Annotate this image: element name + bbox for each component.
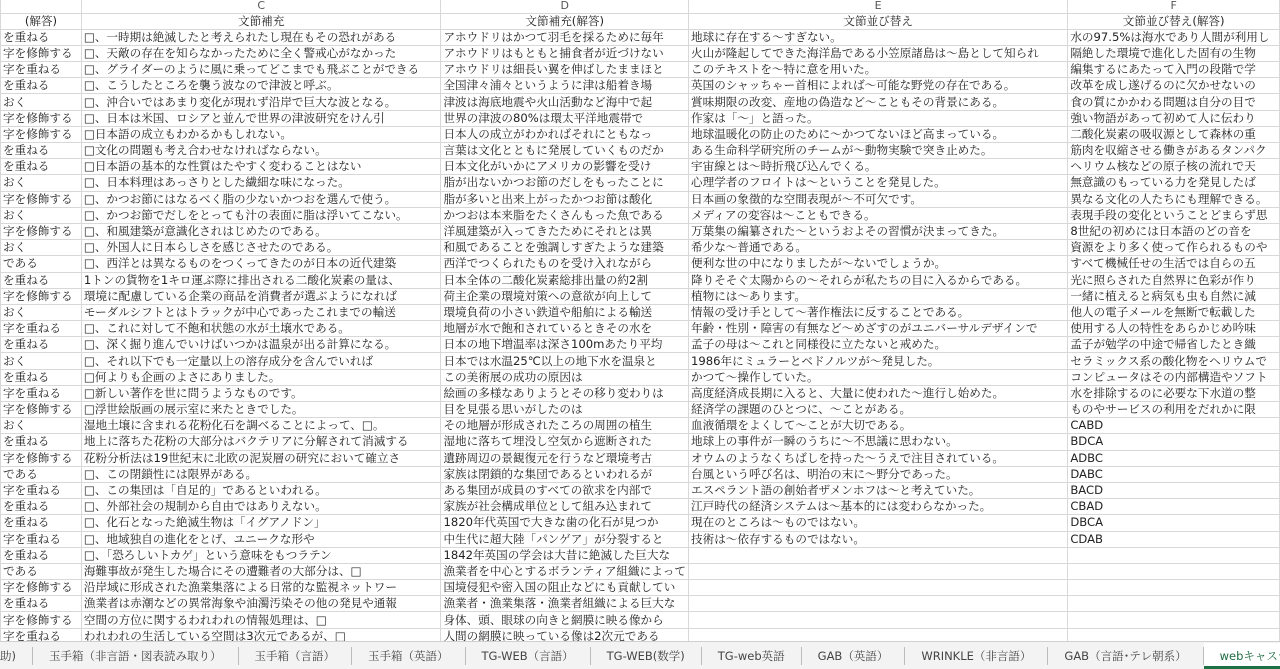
cell-d[interactable]: アホウドリはかつて羽毛を採るために毎年 (441, 29, 689, 45)
cell-e[interactable]: 台風という呼び名は、明治の末に〜野分であった。 (689, 466, 1068, 482)
cell-e[interactable] (689, 612, 1068, 628)
cell-f[interactable]: 改革を成し遂げるのに欠かせないの (1068, 78, 1280, 94)
cell-e[interactable]: 技術は〜依存するものではない。 (689, 531, 1068, 547)
cell-c[interactable]: □、日本料理はあっさりとした繊細な味になった。 (81, 175, 441, 191)
cell-e[interactable] (689, 580, 1068, 596)
header-cell-phrase-sort-answer[interactable]: 文節並び替え(解答) (1068, 13, 1280, 29)
cell-f[interactable]: 強い物語があって初めて人に伝わり (1068, 110, 1280, 126)
cell-d[interactable]: 漁業者・漁業集落・漁業者組織による巨大な (441, 596, 689, 612)
table-row: 字を重ねる□、これに対して不飽和状態の水が土壌水である。地層が水で飽和されている… (1, 321, 1280, 337)
cell-f[interactable]: 水を排除するのに必要な下水道の整 (1068, 385, 1280, 401)
column-header-b[interactable] (1, 0, 82, 13)
cell-d[interactable]: 国境侵犯や密入国の阻止などにも貢献してい (441, 580, 689, 596)
cell-b[interactable]: 字を修飾する (1, 580, 82, 596)
cell-c[interactable]: □何よりも企画のよさにありました。 (81, 369, 441, 385)
cell-d[interactable]: 和風であることを強調しすぎたような建築 (441, 240, 689, 256)
cell-f[interactable] (1068, 580, 1280, 596)
cell-c[interactable]: 漁業者は赤潮などの異常海象や油濁汚染その他の発見や通報 (81, 596, 441, 612)
cell-d[interactable]: 日本では水温25℃以上の地下水を温泉と (441, 353, 689, 369)
cell-b[interactable]: を重ねる (1, 29, 82, 45)
header-cell-phrase-sort[interactable]: 文節並び替え (689, 13, 1068, 29)
table-row: おく□、外国人に日本らしさを感じさせたのである。和風であることを強調しすぎたよう… (1, 240, 1280, 256)
table-row: を重ねる□、一時期は絶滅したと考えられたし現在もその恐れがあるアホウドリはかつて… (1, 29, 1280, 45)
cell-table[interactable]: C D E F (解答) 文節補充 文節補充(解答) 文節並び替え 文節並び替え… (0, 0, 1280, 641)
cell-e[interactable]: 1986年にミュラーとベドノルツが〜発見した。 (689, 353, 1068, 369)
cell-b[interactable]: 字を重ねる (1, 62, 82, 78)
table-row: を重ねる□、深く掘り進んでいけばいつかは温泉が出る計算になる。日本の地下増温率は… (1, 337, 1280, 353)
cell-c[interactable]: 花粉分析法は19世紀末に北欧の泥炭層の研究において確立さ (81, 450, 441, 466)
cell-e[interactable]: エスペラント語の創始者ザメンホフは〜と考えていた。 (689, 482, 1068, 498)
sheet-tab-bar: 助)玉手箱（非言語・図表読み取り）玉手箱（言語）玉手箱（英語）TG-WEB（言語… (0, 641, 1280, 669)
sheet-tab[interactable]: TG-WEB(数学) (591, 647, 702, 665)
cell-b[interactable]: 字を修飾する (1, 288, 82, 304)
cell-e[interactable]: 孟子の母は〜これと同様役に立たないと戒めた。 (689, 337, 1068, 353)
cell-b[interactable]: を重ねる (1, 143, 82, 159)
cell-c[interactable]: 湿地土壌に含まれる花粉化石を調べることによって、□。 (81, 418, 441, 434)
cell-d[interactable]: 遺跡周辺の景観復元を行うなど環境考古 (441, 450, 689, 466)
column-header-d[interactable]: D (441, 0, 689, 13)
cell-d[interactable]: 絵画の多様なありようとその移り変わりは (441, 385, 689, 401)
header-cell-answer[interactable]: (解答) (1, 13, 82, 29)
cell-f[interactable] (1068, 563, 1280, 579)
cell-f[interactable]: ADBC (1068, 450, 1280, 466)
spreadsheet-grid[interactable]: C D E F (解答) 文節補充 文節補充(解答) 文節並び替え 文節並び替え… (0, 0, 1280, 641)
cell-b[interactable]: おく (1, 207, 82, 223)
table-row: 字を重ねる□、地域独自の進化をとげ、ユニークな形や中生代に超大陸「パンゲア」が分… (1, 531, 1280, 547)
table-row: を重ねる1トンの貨物を1キロ運ぶ際に排出される二酸化炭素の量は、日本全体の二酸化… (1, 272, 1280, 288)
cell-c[interactable]: □、それ以下でも一定量以上の溶存成分を含んでいれば (81, 353, 441, 369)
table-row: を重ねる地上に落ちた花粉の大部分はバクテリアに分解されて消滅する湿地に落ちて埋没… (1, 434, 1280, 450)
sheet-tab[interactable]: 玉手箱（英語） (352, 647, 466, 665)
cell-f[interactable] (1068, 596, 1280, 612)
cell-d[interactable]: 湿地に落ちて埋没し空気から遮断された (441, 434, 689, 450)
cell-e[interactable] (689, 596, 1068, 612)
cell-f[interactable] (1068, 612, 1280, 628)
cell-b[interactable]: を重ねる (1, 78, 82, 94)
cell-f[interactable]: 他人の電子メールを無断で転載した (1068, 304, 1280, 320)
cell-e[interactable]: 希少な〜普通である。 (689, 240, 1068, 256)
cell-c[interactable]: □、日本は米国、ロシアと並んで世界の津波研究をけん引 (81, 110, 441, 126)
cell-d[interactable]: アホウドリはもともと捕食者が近づけない (441, 45, 689, 61)
cell-f[interactable]: 食の質にかかわる問題は自分の目で (1068, 94, 1280, 110)
table-row: おく□、日本料理はあっさりとした繊細な味になった。脂が出ないかつお節のだしをもっ… (1, 175, 1280, 191)
cell-b[interactable]: 字を重ねる (1, 385, 82, 401)
cell-b[interactable]: 字を重ねる (1, 628, 82, 641)
table-row: 字を重ねる□、この集団は「自足的」であるといわれる。ある集団が成員のすべての欲求… (1, 482, 1280, 498)
cell-d[interactable]: 1842年英国の学会は大昔に絶滅した巨大な (441, 547, 689, 563)
cell-f[interactable]: 使用する人の特性をあらかじめ吟味 (1068, 321, 1280, 337)
table-row: 字を修飾する□、かつお節にはなるべく脂の少ないかつおを選んで使う。脂が多いと出来… (1, 191, 1280, 207)
cell-f[interactable]: 隔絶した環境で進化した固有の生物 (1068, 45, 1280, 61)
cell-c[interactable]: □、沖合いではあまり変化が現れず沿岸で巨大な波となる。 (81, 94, 441, 110)
table-row: おく湿地土壌に含まれる花粉化石を調べることによって、□。その地層が形成されたころ… (1, 418, 1280, 434)
cell-f[interactable]: BDCA (1068, 434, 1280, 450)
cell-b[interactable]: おく (1, 240, 82, 256)
cell-b[interactable]: 字を重ねる (1, 482, 82, 498)
cell-c[interactable]: □、この閉鎖性には限界がある。 (81, 466, 441, 482)
table-row: 字を修飾する□、和風建築が意識化されはじめたのである。洋風建築が入ってきたために… (1, 223, 1280, 239)
cell-b[interactable]: を重ねる (1, 515, 82, 531)
cell-c[interactable]: □、こうしたところを襲う波なので津波と呼ぶ。 (81, 78, 441, 94)
sheet-tab[interactable]: 玉手箱（言語） (239, 647, 353, 665)
cell-d[interactable]: 日本の地下増温率は深さ100mあたり平均 (441, 337, 689, 353)
cell-e[interactable]: 江戸時代の経済システムは〜基本的には変わらなかった。 (689, 499, 1068, 515)
cell-c[interactable]: □、地域独自の進化をとげ、ユニークな形や (81, 531, 441, 547)
cell-b[interactable]: である (1, 466, 82, 482)
cell-f[interactable]: 筋肉を収縮させる働きがあるタンパク (1068, 143, 1280, 159)
cell-c[interactable]: 1トンの貨物を1キロ運ぶ際に排出される二酸化炭素の量は、 (81, 272, 441, 288)
table-row: を重ねる□何よりも企画のよさにありました。この美術展の成功の原因はかつて〜操作し… (1, 369, 1280, 385)
cell-f[interactable]: 表現手段の変化ということどまらず思 (1068, 207, 1280, 223)
table-row: 字を重ねる□新しい著作を世に問うようなものです。絵画の多様なありようとその移り変… (1, 385, 1280, 401)
cell-d[interactable]: 脂が多いと出来上がったかつお節は酸化 (441, 191, 689, 207)
cell-f[interactable]: 光に照らされた自然界に色彩が作り (1068, 272, 1280, 288)
cell-e[interactable]: 地球上の事件が一瞬のうちに〜不思議に思わない。 (689, 434, 1068, 450)
cell-f[interactable]: ヘリウム核などの原子核の流れで天 (1068, 159, 1280, 175)
header-cell-phrase-fill[interactable]: 文節補充 (81, 13, 441, 29)
cell-b[interactable]: 字を修飾する (1, 110, 82, 126)
cell-f[interactable]: 資源をより多く使って作られるものや (1068, 240, 1280, 256)
table-row: を重ねる漁業者は赤潮などの異常海象や油濁汚染その他の発見や通報漁業者・漁業集落・… (1, 596, 1280, 612)
cell-e[interactable] (689, 628, 1068, 641)
cell-c[interactable]: □文化の問題も考え合わせなければならない。 (81, 143, 441, 159)
table-row: 字を修飾する花粉分析法は19世紀末に北欧の泥炭層の研究において確立さ遺跡周辺の景… (1, 450, 1280, 466)
cell-f[interactable]: DABC (1068, 466, 1280, 482)
column-header-c[interactable]: C (81, 0, 441, 13)
cell-d[interactable]: 目を見張る思いがしたのは (441, 402, 689, 418)
cell-e[interactable]: 高度経済成長期に入ると、大量に使われた〜進行し始めた。 (689, 385, 1068, 401)
cell-b[interactable]: を重ねる (1, 337, 82, 353)
sheet-tab[interactable]: TG-WEB（言語） (466, 647, 591, 665)
cell-b[interactable]: を重ねる (1, 596, 82, 612)
cell-e[interactable]: 日本画の象徴的な空間表現が〜不可欠です。 (689, 191, 1068, 207)
column-header-f[interactable]: F (1068, 0, 1280, 13)
cell-f[interactable] (1068, 628, 1280, 641)
cell-f[interactable]: CABD (1068, 418, 1280, 434)
cell-f[interactable]: 水の97.5%は海水であり人間が利用し (1068, 29, 1280, 45)
cell-b[interactable]: おく (1, 418, 82, 434)
cell-b[interactable]: を重ねる (1, 272, 82, 288)
cell-b[interactable]: を重ねる (1, 369, 82, 385)
cell-f[interactable]: 8世紀の初めには日本語のどの音を (1068, 223, 1280, 239)
cell-e[interactable]: メディアの変容は〜こともできる。 (689, 207, 1068, 223)
cell-c[interactable]: □、グライダーのように風に乗ってどこまでも飛ぶことができる (81, 62, 441, 78)
cell-c[interactable]: □、一時期は絶滅したと考えられたし現在もその恐れがある (81, 29, 441, 45)
cell-f[interactable]: 一緒に植えると病気も虫も自然に減 (1068, 288, 1280, 304)
cell-c[interactable]: 空間の方位に関するわれわれの情報処理は、□ (81, 612, 441, 628)
column-header-row: C D E F (1, 0, 1280, 13)
cell-e[interactable]: 便利な世の中になりましたが〜ないでしょうか。 (689, 256, 1068, 272)
cell-d[interactable]: 全国津々浦々というように津は船着き場 (441, 78, 689, 94)
table-row: 字を修飾する□浮世絵版画の展示室に来たときでした。目を見張る思いがしたのは経済学… (1, 402, 1280, 418)
cell-c[interactable]: □、深く掘り進んでいけばいつかは温泉が出る計算になる。 (81, 337, 441, 353)
cell-c[interactable]: □、外国人に日本らしさを感じさせたのである。 (81, 240, 441, 256)
cell-b[interactable]: 字を修飾する (1, 45, 82, 61)
table-row: を重ねる□、化石となった絶滅生物は「イグアノドン」1820年代英国で大きな歯の化… (1, 515, 1280, 531)
cell-d[interactable]: 世界の津波の80%は環太平洋地震帯で (441, 110, 689, 126)
cell-f[interactable] (1068, 547, 1280, 563)
cell-d[interactable]: 家族は閉鎖的な集団であるといわれるが (441, 466, 689, 482)
cell-d[interactable]: かつおは本来脂をたくさんもった魚である (441, 207, 689, 223)
cell-d[interactable]: 洋風建築が入ってきたためにそれとは異 (441, 223, 689, 239)
cell-f[interactable]: DBCA (1068, 515, 1280, 531)
cell-b[interactable]: 字を修飾する (1, 126, 82, 142)
cell-b[interactable]: 字を修飾する (1, 191, 82, 207)
cell-d[interactable]: 脂が出ないかつお節のだしをもったことに (441, 175, 689, 191)
cell-c[interactable]: □日本語の基本的な性質はたやすく変わることはない (81, 159, 441, 175)
sheet-tab[interactable]: 助) (0, 647, 33, 665)
cell-d[interactable]: 漁業者を中心とするボランティア組織によって (441, 563, 689, 579)
table-row: である□、この閉鎖性には限界がある。家族は閉鎖的な集団であるといわれるが台風とい… (1, 466, 1280, 482)
cell-e[interactable]: ある生命科学研究所のチームが〜動物実験で突き止めた。 (689, 143, 1068, 159)
table-row: を重ねる□、外部社会の規制から自由ではありえない。家族が社会構成単位として組み込… (1, 499, 1280, 515)
cell-b[interactable]: 字を重ねる (1, 321, 82, 337)
cell-f[interactable]: 編集するにあたって入門の段階で学 (1068, 62, 1280, 78)
cell-d[interactable]: この美術展の成功の原因は (441, 369, 689, 385)
cell-f[interactable]: 異なる文化の人たちにも理解できる。 (1068, 191, 1280, 207)
cell-d[interactable]: 日本人の成立がわかればそれにともなっ (441, 126, 689, 142)
cell-b[interactable]: 字を修飾する (1, 402, 82, 418)
cell-c[interactable]: □、外部社会の規制から自由ではありえない。 (81, 499, 441, 515)
table-row: 字を修飾する□、天敵の存在を知らなかったために全く警戒心がなかったアホウドリはも… (1, 45, 1280, 61)
sheet-tab[interactable]: WRINKLE（非言語） (905, 647, 1048, 665)
cell-c[interactable]: われわれの生活している空間は3次元であるが、□ (81, 628, 441, 641)
cell-f[interactable]: コンピュータはその内部構造やソフト (1068, 369, 1280, 385)
cell-b[interactable]: おく (1, 94, 82, 110)
sheet-tab-active[interactable]: webキャスティング（言 (1204, 643, 1280, 669)
cell-b[interactable]: を重ねる (1, 434, 82, 450)
cell-e[interactable]: 植物には〜あります。 (689, 288, 1068, 304)
sheet-tab[interactable]: TG-web英語 (702, 647, 802, 665)
cell-f[interactable]: セラミックス系の酸化物をヘリウムで (1068, 353, 1280, 369)
table-row: を重ねる□、「恐ろしいトカゲ」という意味をもつラテン1842年英国の学会は大昔に… (1, 547, 1280, 563)
cell-c[interactable]: □、かつお節にはなるべく脂の少ないかつおを選んで使う。 (81, 191, 441, 207)
cell-f[interactable]: CDAB (1068, 531, 1280, 547)
table-row: を重ねる□、こうしたところを襲う波なので津波と呼ぶ。全国津々浦々というように津は… (1, 78, 1280, 94)
cell-b[interactable]: 字を修飾する (1, 223, 82, 239)
cell-e[interactable]: 火山が隆起してできた海洋島である小笠原諸島は〜島として知られ (689, 45, 1068, 61)
cell-d[interactable]: 環境負荷の小さい鉄道や船舶による輸送 (441, 304, 689, 320)
cell-c[interactable]: 地上に落ちた花粉の大部分はバクテリアに分解されて消滅する (81, 434, 441, 450)
table-row: を重ねる□日本語の基本的な性質はたやすく変わることはない日本文化がいかにアメリカ… (1, 159, 1280, 175)
table-row: である□、西洋とは異なるものをつくってきたのが日本の近代建築西洋でつくられたもの… (1, 256, 1280, 272)
cell-e[interactable]: 地球に存在する〜すぎない。 (689, 29, 1068, 45)
cell-b[interactable]: を重ねる (1, 499, 82, 515)
table-row: を重ねる□文化の問題も考え合わせなければならない。言葉は文化とともに発展していく… (1, 143, 1280, 159)
header-cell-phrase-fill-answer[interactable]: 文節補充(解答) (441, 13, 689, 29)
cell-c[interactable]: 環境に配慮している企業の商品を消費者が選ぶようになれば (81, 288, 441, 304)
cell-d[interactable]: 言葉は文化とともに発展していくものだか (441, 143, 689, 159)
cell-e[interactable]: このテキストを〜特に意を用いた。 (689, 62, 1068, 78)
cell-b[interactable]: 字を修飾する (1, 612, 82, 628)
cell-d[interactable]: その地層が形成されたころの周囲の植生 (441, 418, 689, 434)
cell-d[interactable]: 1820年代英国で大きな歯の化石が見つか (441, 515, 689, 531)
cell-e[interactable]: 情報の受け手として〜著作権法に反することである。 (689, 304, 1068, 320)
cell-c[interactable]: □、これに対して不飽和状態の水が土壌水である。 (81, 321, 441, 337)
cell-b[interactable]: である (1, 563, 82, 579)
cell-f[interactable]: 孟子が勉学の中途で帰省したとき織 (1068, 337, 1280, 353)
cell-b[interactable]: を重ねる (1, 547, 82, 563)
cell-d[interactable]: 地層が水で飽和されているときその水を (441, 321, 689, 337)
cell-c[interactable]: モーダルシフトとはトラックが中心であったこれまでの輸送 (81, 304, 441, 320)
cell-e[interactable]: 年齢・性別・障害の有無など〜めざすのがユニバーサルデザインで (689, 321, 1068, 337)
cell-f[interactable]: 二酸化炭素の吸収源として森林の重 (1068, 126, 1280, 142)
cell-c[interactable]: □、化石となった絶滅生物は「イグアノドン」 (81, 515, 441, 531)
cell-f[interactable]: CBAD (1068, 499, 1280, 515)
cell-e[interactable]: 宇宙線とは〜時折飛び込んでくる。 (689, 159, 1068, 175)
cell-c[interactable]: 海難事故が発生した場合にその遭難者の大部分は、□ (81, 563, 441, 579)
cell-e[interactable]: 血液循環をよくして〜ことが大切である。 (689, 418, 1068, 434)
cell-f[interactable]: すべて機械任せの生活では自らの五 (1068, 256, 1280, 272)
cell-c[interactable]: □、この集団は「自足的」であるといわれる。 (81, 482, 441, 498)
cell-b[interactable]: である (1, 256, 82, 272)
cell-e[interactable]: 現在のところは〜ものではない。 (689, 515, 1068, 531)
sheet-tab[interactable]: GAB（言語･テレ朝系） (1048, 647, 1203, 665)
table-row: おく□、かつお節でだしをとっても汁の表面に脂は浮いてこない。かつおは本来脂をたく… (1, 207, 1280, 223)
table-row: おく□、沖合いではあまり変化が現れず沿岸で巨大な波となる。津波は海底地震や火山活… (1, 94, 1280, 110)
cell-c[interactable]: □浮世絵版画の展示室に来たときでした。 (81, 402, 441, 418)
cell-e[interactable]: 心理学者のフロイトは〜ということを発見した。 (689, 175, 1068, 191)
header-row: (解答) 文節補充 文節補充(解答) 文節並び替え 文節並び替え(解答) (1, 13, 1280, 29)
cell-b[interactable]: おく (1, 304, 82, 320)
sheet-tab[interactable]: 玉手箱（非言語・図表読み取り） (33, 647, 239, 665)
table-row: おくモーダルシフトとはトラックが中心であったこれまでの輸送環境負荷の小さい鉄道や… (1, 304, 1280, 320)
cell-d[interactable]: 人間の網膜に映っている像は2次元である (441, 628, 689, 641)
cell-d[interactable]: アホウドリは細長い翼を伸ばしたままほと (441, 62, 689, 78)
cell-e[interactable]: 経済学の課題のひとつに、〜ことがある。 (689, 402, 1068, 418)
table-row: 字を重ねる□、グライダーのように風に乗ってどこまでも飛ぶことができるアホウドリは… (1, 62, 1280, 78)
sheet-tab[interactable]: GAB（英語） (802, 647, 906, 665)
table-row: 字を重ねるわれわれの生活している空間は3次元であるが、□人間の網膜に映っている像… (1, 628, 1280, 641)
column-header-e[interactable]: E (689, 0, 1068, 13)
cell-d[interactable]: 家族が社会構成単位として組み込まれて (441, 499, 689, 515)
cell-c[interactable]: □、和風建築が意識化されはじめたのである。 (81, 223, 441, 239)
cell-b[interactable]: おく (1, 175, 82, 191)
cell-b[interactable]: 字を重ねる (1, 531, 82, 547)
cell-e[interactable]: 降りそそぐ太陽からの〜それらが私たちの目に入るからである。 (689, 272, 1068, 288)
cell-e[interactable]: オウムのようなくちばしを持った〜うえで注目されている。 (689, 450, 1068, 466)
cell-f[interactable]: BACD (1068, 482, 1280, 498)
cell-d[interactable]: 身体、頭、眼球の向きと網膜に映る像から (441, 612, 689, 628)
cell-c[interactable]: □、かつお節でだしをとっても汁の表面に脂は浮いてこない。 (81, 207, 441, 223)
cell-f[interactable]: 無意識のもっている力を発見したば (1068, 175, 1280, 191)
cell-d[interactable]: 津波は海底地震や火山活動など海中で起 (441, 94, 689, 110)
cell-d[interactable]: ある集団が成員のすべての欲求を内部で (441, 482, 689, 498)
table-row: である海難事故が発生した場合にその遭難者の大部分は、□漁業者を中心とするボランテ… (1, 563, 1280, 579)
cell-d[interactable]: 荷主企業の環境対策への意欲が向上して (441, 288, 689, 304)
table-row: 字を修飾する空間の方位に関するわれわれの情報処理は、□身体、頭、眼球の向きと網膜… (1, 612, 1280, 628)
cell-c[interactable]: □日本語の成立もわかるかもしれない。 (81, 126, 441, 142)
cell-d[interactable]: 日本全体の二酸化炭素総排出量の約2割 (441, 272, 689, 288)
cell-e[interactable]: 万葉集の編纂された〜というおよその習慣が決まってきた。 (689, 223, 1068, 239)
cell-e[interactable]: 英国のシャッちゃー首相によれば〜可能な野党の存在である。 (689, 78, 1068, 94)
cell-e[interactable]: 地球温暖化の防止のために〜かつてないほど高まっている。 (689, 126, 1068, 142)
cell-c[interactable]: □新しい著作を世に問うようなものです。 (81, 385, 441, 401)
table-row: 字を修飾する沿岸域に形成された漁業集落による日常的な監視ネットワー国境侵犯や密入… (1, 580, 1280, 596)
cell-d[interactable]: 中生代に超大陸「パンゲア」が分裂すると (441, 531, 689, 547)
cell-e[interactable]: かつて〜操作していた。 (689, 369, 1068, 385)
cell-e[interactable] (689, 547, 1068, 563)
table-row: 字を修飾する□日本語の成立もわかるかもしれない。日本人の成立がわかればそれにとも… (1, 126, 1280, 142)
cell-e[interactable] (689, 563, 1068, 579)
cell-c[interactable]: □、「恐ろしいトカゲ」という意味をもつラテン (81, 547, 441, 563)
cell-e[interactable]: 作家は「〜」と語った。 (689, 110, 1068, 126)
cell-c[interactable]: □、西洋とは異なるものをつくってきたのが日本の近代建築 (81, 256, 441, 272)
cell-e[interactable]: 賞味期限の改変、産地の偽造など〜こともその背景にある。 (689, 94, 1068, 110)
cell-c[interactable]: 沿岸域に形成された漁業集落による日常的な監視ネットワー (81, 580, 441, 596)
cell-b[interactable]: おく (1, 353, 82, 369)
cell-f[interactable]: ものやサービスの利用をだれかに限 (1068, 402, 1280, 418)
cell-c[interactable]: □、天敵の存在を知らなかったために全く警戒心がなかった (81, 45, 441, 61)
table-row: 字を修飾する□、日本は米国、ロシアと並んで世界の津波研究をけん引世界の津波の80… (1, 110, 1280, 126)
cell-b[interactable]: 字を修飾する (1, 450, 82, 466)
cell-d[interactable]: 西洋でつくられたものを受け入れながら (441, 256, 689, 272)
cell-b[interactable]: を重ねる (1, 159, 82, 175)
table-row: 字を修飾する環境に配慮している企業の商品を消費者が選ぶようになれば荷主企業の環境… (1, 288, 1280, 304)
table-row: おく□、それ以下でも一定量以上の溶存成分を含んでいれば日本では水温25℃以上の地… (1, 353, 1280, 369)
cell-d[interactable]: 日本文化がいかにアメリカの影響を受け (441, 159, 689, 175)
